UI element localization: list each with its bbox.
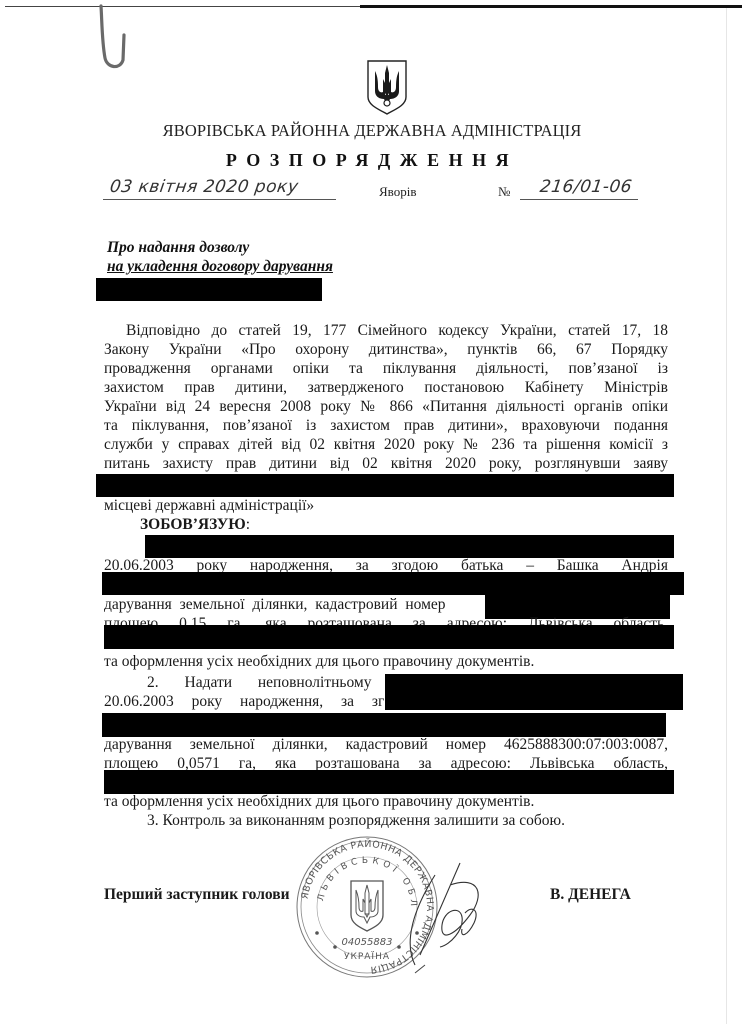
number-sign: №	[498, 184, 510, 200]
paperclip-icon	[98, 2, 138, 72]
organization-name: ЯВОРІВСЬКА РАЙОННА ДЕРЖАВНА АДМІНІСТРАЦІ…	[0, 121, 744, 141]
document-date: 03 квітня 2020 року	[109, 177, 300, 197]
redaction-block	[96, 474, 674, 497]
oblige-word: ЗОБОВ’ЯЗУЮ	[140, 516, 246, 533]
preamble-line: питань захисту прав дитини від 02 квітня…	[104, 454, 668, 473]
preamble-end: місцеві державні адміністрації»	[104, 496, 668, 515]
preamble-line: провадження органами опіки та піклування…	[104, 359, 668, 378]
document-type-title: РОЗПОРЯДЖЕННЯ	[0, 150, 744, 171]
item3: 3. Контроль за виконанням розпорядження …	[147, 811, 711, 830]
redaction-block	[104, 625, 674, 649]
coat-of-arms-trident-icon	[366, 59, 408, 115]
preamble-line: Закону України «Про охорону дитинства», …	[104, 340, 668, 359]
redaction-block	[102, 572, 684, 595]
svg-text:04055883: 04055883	[342, 937, 393, 948]
oblige-heading: ЗОБОВ’ЯЗУЮ:	[140, 515, 704, 534]
handwritten-signature	[400, 855, 490, 975]
signer-title: Перший заступник голови	[104, 886, 290, 904]
document-number: 216/01-06	[539, 177, 634, 197]
number-underline	[520, 199, 638, 200]
subject-line-1: Про надання дозволу	[107, 238, 333, 257]
signer-name: В. ДЕНЕГА	[550, 886, 631, 904]
item2-line: та оформлення усіх необхідних для цього …	[104, 792, 668, 811]
oblige-colon: :	[246, 516, 250, 533]
document-city: Яворів	[379, 184, 416, 200]
preamble-line: України від 24 вересня 2008 року № 866 «…	[104, 397, 668, 416]
preamble-line: та піклування, пов’язаної із захистом пр…	[104, 416, 668, 435]
redaction-block	[104, 770, 674, 794]
item2-line: 20.06.2003 року народження, за зг	[104, 692, 668, 711]
item1-line: та оформлення усіх необхідних для цього …	[104, 652, 668, 671]
date-underline	[103, 199, 336, 200]
subject-line-2: на укладення договору дарування	[107, 257, 333, 276]
document-subject: Про надання дозволу на укладення договор…	[107, 238, 333, 276]
preamble-line: служби у справах дітей від 02 квітня 202…	[104, 435, 668, 454]
scan-edge-bar	[360, 5, 742, 8]
redaction-block	[102, 713, 666, 737]
svg-text:УКРАЇНА: УКРАЇНА	[344, 951, 390, 962]
redaction-block	[145, 535, 674, 558]
preamble-line: Відповідно до статей 19, 177 Сімейного к…	[126, 321, 668, 340]
preamble-line: захистом прав дитини, затвердженого пост…	[104, 378, 668, 397]
scan-edge-line	[5, 6, 360, 7]
item2-line: дарування земельної ділянки, кадастровий…	[104, 735, 668, 754]
redaction-block	[96, 278, 322, 301]
